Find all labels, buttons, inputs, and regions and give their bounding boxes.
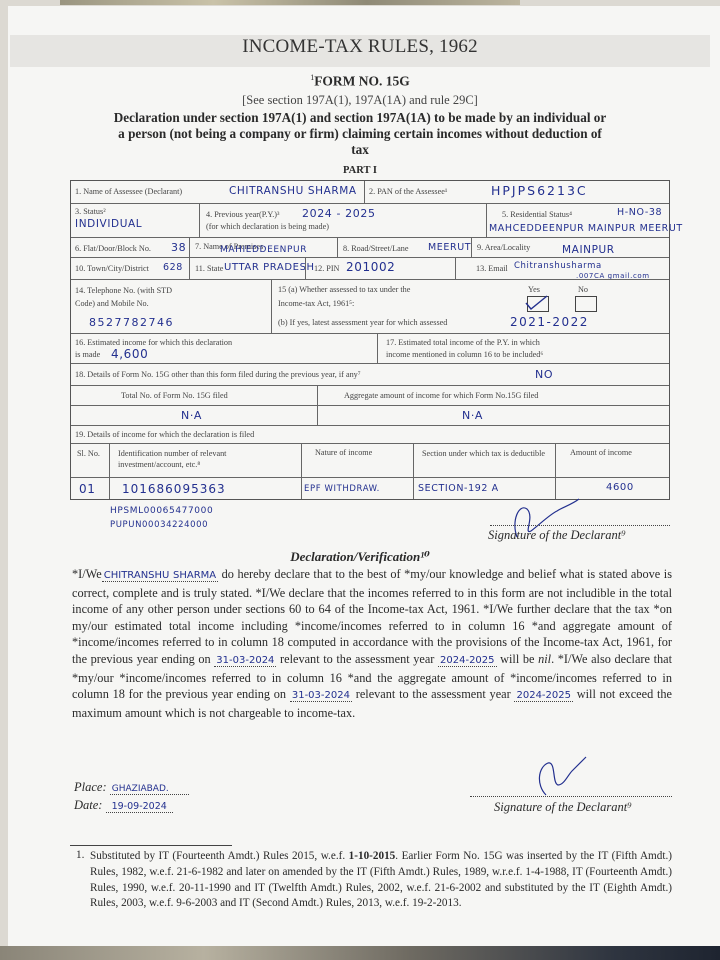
decl-text-6: relevant to the assessment year xyxy=(352,687,515,701)
row-address-1: 6. Flat/Door/Block No. 38 7. Name of Pre… xyxy=(71,237,669,257)
header-section: Section under which tax is deductible xyxy=(422,448,552,459)
signature-mark-icon xyxy=(528,755,588,800)
assessment-year-label: (b) If yes, latest assessment year for w… xyxy=(278,318,447,327)
total-income-cell: 17. Estimated total income of the P.Y. i… xyxy=(377,334,669,363)
place-label: Place: xyxy=(74,780,107,794)
premises-field[interactable]: MAHIEDDEENPUR xyxy=(220,245,307,255)
photo-edge-top xyxy=(60,0,520,5)
declaration-paragraph: *I/WeCHITRANSHU SHARMA do hereby declare… xyxy=(72,566,672,721)
other-forms-label: 18. Details of Form No. 15G other than t… xyxy=(75,370,361,379)
header-amount: Amount of income xyxy=(570,448,632,457)
address-line-field[interactable]: MAHCEDDEENPUR MAINPUR MEERUT xyxy=(489,223,683,234)
header-section-cell: Section under which tax is deductible xyxy=(413,444,555,477)
phone-label: 14. Telephone No. (with STD xyxy=(75,286,172,295)
previous-year-field[interactable]: 2024 - 2025 xyxy=(302,207,376,220)
assessment-year-fill-1[interactable]: 2024-2025 xyxy=(438,655,497,667)
decl-text-4: will be xyxy=(497,652,539,666)
date-label: Date: xyxy=(74,798,102,812)
town-field[interactable]: 628 xyxy=(163,262,183,273)
signature-line-2 xyxy=(470,796,672,797)
header-nature: Nature of income xyxy=(315,448,372,457)
section-value-cell: SECTION-192 A xyxy=(413,478,555,499)
previous-year-sublabel: (for which declaration is being made) xyxy=(206,222,329,231)
town-label: 10. Town/City/District xyxy=(75,264,149,273)
date-row: Date: 19-09-2024 xyxy=(74,798,173,813)
pan-label: 2. PAN of the Assessee¹ xyxy=(369,187,447,196)
nature-field[interactable]: EPF WITHDRAW. xyxy=(304,484,380,494)
checkmark-icon xyxy=(524,293,548,311)
state-label: 11. State xyxy=(195,264,223,273)
date-field[interactable]: 19-09-2024 xyxy=(106,801,173,813)
previous-year-label: 4. Previous year(P.Y.)³ xyxy=(206,210,279,219)
other-forms-field[interactable]: NO xyxy=(535,368,553,381)
status-label: 3. Status² xyxy=(75,207,106,216)
total-forms-field[interactable]: N·A xyxy=(181,409,202,422)
pan-cell: 2. PAN of the Assessee¹ HPJPS6213C xyxy=(364,181,669,203)
estimated-income-sublabel: is made xyxy=(75,350,100,359)
declaration-heading-verification: Declaration/Verification¹⁰ xyxy=(0,549,720,565)
assessed-label: 15 (a) Whether assessed to tax under the xyxy=(278,285,410,294)
residential-status-label: 5. Residential Status⁴ xyxy=(502,210,572,219)
row-address-2: 10. Town/City/District 628 11. State UTT… xyxy=(71,257,669,279)
footnote-number: 1. xyxy=(76,849,84,861)
name-field[interactable]: CHITRANSHU SHARMA xyxy=(229,185,357,197)
assessed-cell: 15 (a) Whether assessed to tax under the… xyxy=(271,280,669,333)
declarant-name-fill[interactable]: CHITRANSHU SHARMA xyxy=(102,570,218,582)
previous-year-end-fill-1[interactable]: 31-03-2024 xyxy=(214,655,276,667)
header-identification: Identification number of relevant invest… xyxy=(118,448,288,470)
header-amount-cell: Amount of income xyxy=(555,444,669,477)
part-label: PART I xyxy=(0,165,720,176)
assessment-year-field[interactable]: 2021-2022 xyxy=(510,315,589,329)
footnote-text-a: Substituted by IT (Fourteenth Amdt.) Rul… xyxy=(90,850,349,862)
place-row: Place: GHAZIABAD. xyxy=(74,780,189,795)
id-value-cell: 101686095363 xyxy=(109,478,301,499)
header-id-cell: Identification number of relevant invest… xyxy=(109,444,301,477)
amount-field[interactable]: 4600 xyxy=(606,482,634,493)
row-income-details-title: 19. Details of income for which the decl… xyxy=(71,425,669,443)
status-field[interactable]: INDIVIDUAL xyxy=(75,218,142,230)
email-field[interactable]: Chitranshusharma xyxy=(514,261,602,271)
aggregate-field[interactable]: N·A xyxy=(462,409,483,422)
footnote-date-bold: 1-10-2015 xyxy=(349,850,396,862)
yes-checkbox[interactable] xyxy=(527,296,549,312)
aggregate-value-cell: N·A xyxy=(317,406,669,425)
estimated-income-label: 16. Estimated income for which this decl… xyxy=(75,338,232,347)
area-label: 9. Area/Locality xyxy=(477,243,530,252)
row-name-pan: 1. Name of Assessee (Declarant) CHITRANS… xyxy=(71,181,669,203)
row-status-py: 3. Status² INDIVIDUAL 4. Previous year(P… xyxy=(71,203,669,237)
row-other-forms-headers: Total No. of Form No. 15G filed Aggregat… xyxy=(71,385,669,405)
signature-label-1: Signature of the Declarant⁹ xyxy=(488,528,626,543)
form-number-text: FORM NO. 15G xyxy=(314,74,410,89)
pin-label: 12. PIN xyxy=(314,264,339,273)
income-table-header: Sl. No. Identification number of relevan… xyxy=(71,443,669,477)
header-sl-no: Sl. No. xyxy=(77,448,103,459)
name-label: 1. Name of Assessee (Declarant) xyxy=(75,187,182,196)
residential-status-field[interactable]: H-NO-38 xyxy=(617,207,662,218)
total-income-label: 17. Estimated total income of the P.Y. i… xyxy=(386,338,540,347)
row-other-forms-values: N·A N·A xyxy=(71,405,669,425)
flat-field[interactable]: 38 xyxy=(171,241,186,254)
signature-label-2: Signature of the Declarant⁹ xyxy=(494,800,632,815)
footnote-text: Substituted by IT (Fourteenth Amdt.) Rul… xyxy=(90,849,672,912)
rules-title: INCOME-TAX RULES, 1962 xyxy=(0,36,720,58)
see-section: [See section 197A(1), 197A(1A) and rule … xyxy=(0,93,720,108)
form-number: 1FORM NO. 15G xyxy=(0,73,720,90)
residential-status-cell: 5. Residential Status⁴ H-NO-38 MAHCEDDEE… xyxy=(486,204,669,237)
table-row: 01 101686095363 EPF WITHDRAW. SECTION-19… xyxy=(71,477,669,499)
area-cell: 9. Area/Locality MAINPUR xyxy=(471,238,669,257)
total-forms-header: Total No. of Form No. 15G filed xyxy=(121,391,228,400)
photo-edge-bottom xyxy=(0,946,720,960)
extra-id-2: PUPUN00034224000 xyxy=(110,520,208,530)
signature-line-1 xyxy=(490,525,670,526)
no-checkbox[interactable] xyxy=(575,296,597,312)
state-field[interactable]: UTTAR PRADESH xyxy=(224,262,315,273)
pin-field[interactable]: 201002 xyxy=(346,260,395,274)
row-other-forms: 18. Details of Form No. 15G other than t… xyxy=(71,363,669,385)
previous-year-end-fill-2[interactable]: 31-03-2024 xyxy=(290,690,352,702)
road-field[interactable]: MEERUT xyxy=(428,242,471,253)
decl-nil: nil xyxy=(538,652,551,666)
declaration-heading: Declaration under section 197A(1) and se… xyxy=(110,110,610,158)
identification-field[interactable]: 101686095363 xyxy=(122,482,226,496)
assessment-year-fill-2[interactable]: 2024-2025 xyxy=(514,690,573,702)
header-nature-cell: Nature of income xyxy=(301,444,413,477)
road-label: 8. Road/Street/Lane xyxy=(343,244,408,253)
place-field[interactable]: GHAZIABAD. xyxy=(110,784,189,795)
row-estimated-income: 16. Estimated income for which this decl… xyxy=(71,333,669,363)
row-phone-assessed: 14. Telephone No. (with STD Code) and Mo… xyxy=(71,279,669,333)
amount-value-cell: 4600 xyxy=(555,478,669,499)
assessed-sublabel: Income-tax Act, 1961⁵: xyxy=(278,299,354,308)
decl-text-1: *I/We xyxy=(72,567,102,581)
flat-label: 6. Flat/Door/Block No. xyxy=(75,244,151,253)
income-details-label: 19. Details of income for which the decl… xyxy=(75,430,254,439)
estimated-income-field[interactable]: 4,600 xyxy=(111,347,148,361)
area-field[interactable]: MAINPUR xyxy=(562,244,615,256)
email-label: 13. Email xyxy=(476,264,508,273)
extra-id-1: HPSML00065477000 xyxy=(110,506,213,516)
aggregate-header: Aggregate amount of income for which For… xyxy=(344,391,538,400)
aggregate-header-cell: Aggregate amount of income for which For… xyxy=(317,386,669,405)
pan-field[interactable]: HPJPS6213C xyxy=(491,183,588,198)
phone-sublabel: Code) and Mobile No. xyxy=(75,299,149,308)
section-field[interactable]: SECTION-192 A xyxy=(418,483,499,494)
part1-table: 1. Name of Assessee (Declarant) CHITRANS… xyxy=(70,180,670,500)
no-label: No xyxy=(578,285,588,294)
total-income-sublabel: income mentioned in column 16 to be incl… xyxy=(386,350,543,359)
nature-value-cell: EPF WITHDRAW. xyxy=(301,478,413,499)
decl-text-3: relevant to the assessment year xyxy=(276,652,438,666)
phone-field[interactable]: 8527782746 xyxy=(89,316,174,329)
email-cell: 13. Email Chitranshusharma .007CA gmail.… xyxy=(455,258,669,279)
sl-no-field[interactable]: 01 xyxy=(79,482,95,496)
footnote-divider xyxy=(70,845,232,846)
